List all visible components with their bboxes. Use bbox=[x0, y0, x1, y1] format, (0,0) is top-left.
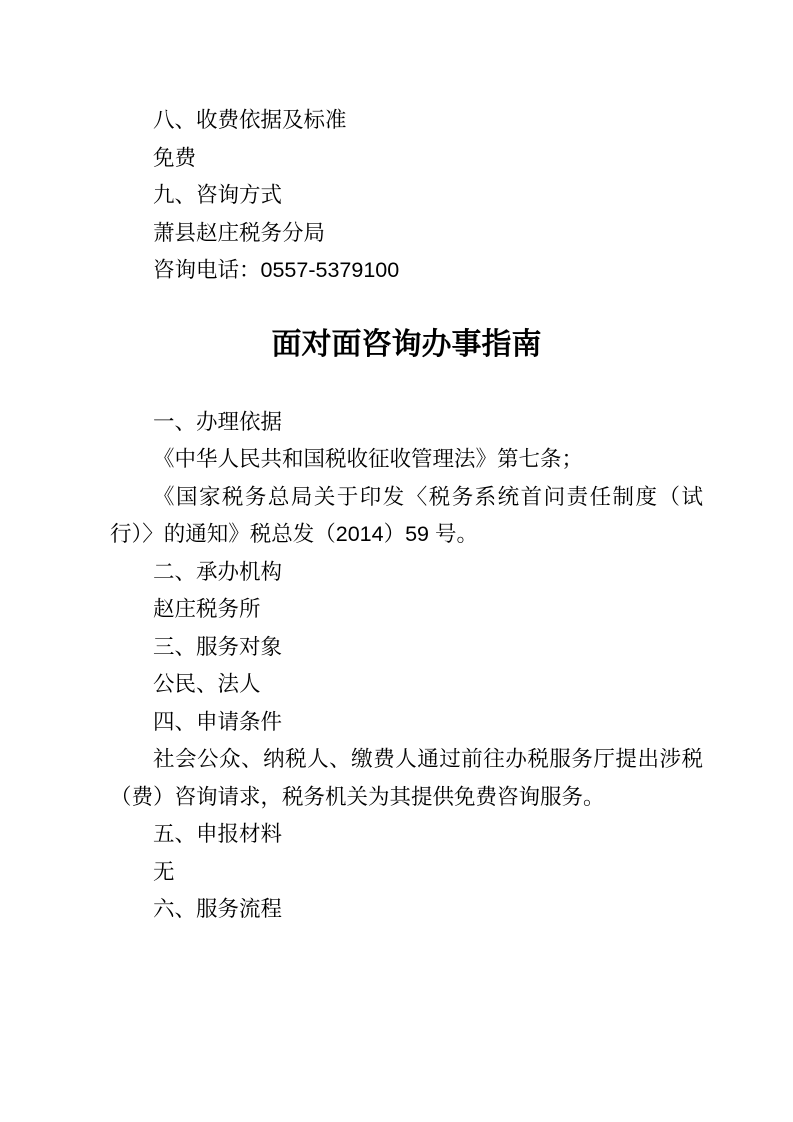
section-heading: 二、承办机构 bbox=[110, 554, 703, 592]
section-heading: 五、申报材料 bbox=[110, 816, 703, 854]
page-title: 面对面咨询办事指南 bbox=[110, 323, 703, 367]
paragraph-text: 公民、法人 bbox=[110, 666, 703, 704]
paragraph-text: 萧县赵庄税务分局 bbox=[110, 215, 703, 253]
paragraph-text: 免费 bbox=[110, 140, 703, 178]
document-page: 八、收费依据及标准免费九、咨询方式萧县赵庄税务分局咨询电话：0557-53791… bbox=[0, 0, 793, 1122]
section-heading: 四、申请条件 bbox=[110, 704, 703, 742]
paragraph-text: 社会公众、纳税人、缴费人通过前往办税服务厅提出涉税（费）咨询请求，税务机关为其提… bbox=[110, 741, 703, 816]
section-heading: 一、办理依据 bbox=[110, 404, 703, 442]
document-section-bottom: 一、办理依据《中华人民共和国税收征收管理法》第七条；《国家税务总局关于印发〈税务… bbox=[110, 404, 703, 929]
paragraph-text: 《中华人民共和国税收征收管理法》第七条； bbox=[110, 441, 703, 479]
paragraph-text: 赵庄税务所 bbox=[110, 591, 703, 629]
document-section-top: 八、收费依据及标准免费九、咨询方式萧县赵庄税务分局咨询电话：0557-53791… bbox=[110, 102, 703, 290]
section-heading: 三、服务对象 bbox=[110, 629, 703, 667]
paragraph-text: 无 bbox=[110, 854, 703, 892]
section-heading: 八、收费依据及标准 bbox=[110, 102, 703, 140]
section-heading: 九、咨询方式 bbox=[110, 177, 703, 215]
paragraph-text: 咨询电话：0557-5379100 bbox=[110, 252, 703, 290]
paragraph-text: 《国家税务总局关于印发〈税务系统首问责任制度（试行）〉的通知》税总发（2014）… bbox=[110, 479, 703, 554]
section-heading: 六、服务流程 bbox=[110, 891, 703, 929]
